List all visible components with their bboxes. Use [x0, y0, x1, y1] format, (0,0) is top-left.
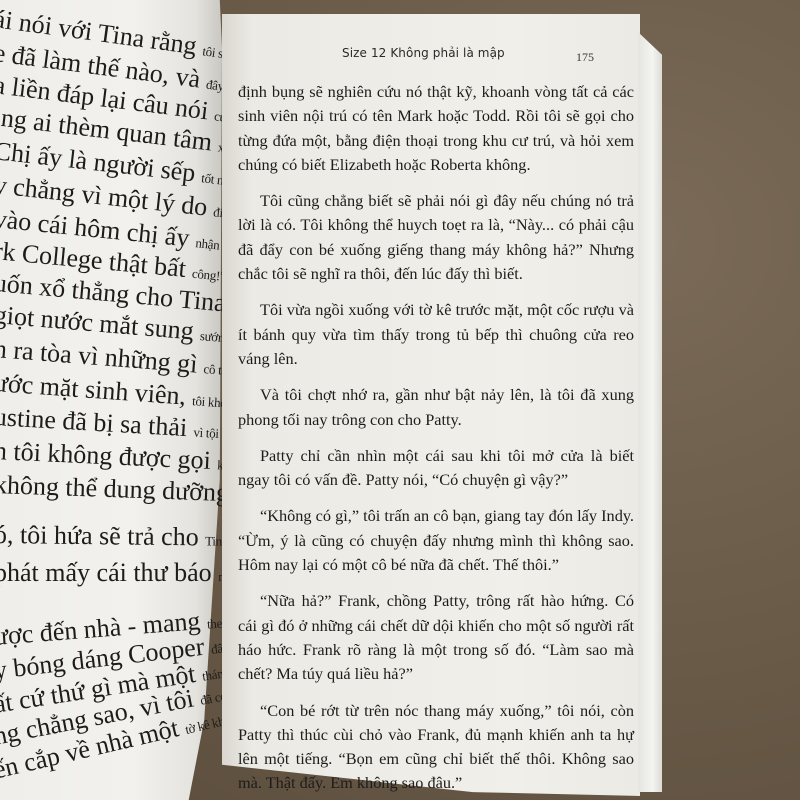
- line-text-compressed: Tina gấp mười lần: [205, 533, 222, 549]
- line-text: không thể dung dưỡng: [0, 470, 222, 507]
- paragraph: định bụng sẽ nghiên cứu nó thật kỹ, khoa…: [238, 80, 634, 177]
- line-text-compressed: công!”: [191, 266, 222, 284]
- line-text-compressed: cô ta đã làm.: [203, 361, 222, 381]
- line-text-compressed: này. Con nhỏ: [218, 569, 222, 584]
- page-block-edge: [638, 32, 662, 792]
- line-text-compressed: tôi không được phép: [192, 393, 222, 415]
- left-page-line: phát mấy cái thư báo này. Con nhỏ: [0, 558, 222, 588]
- left-page-text: ái nói với Tina rằng tôi sinh viên đều p…: [0, 0, 222, 800]
- line-text-compressed: tốt nhất quá đi: [201, 170, 222, 193]
- line-text: phát mấy cái thư báo: [0, 558, 218, 587]
- book-photo: ái nói với Tina rằng tôi sinh viên đều p…: [0, 0, 800, 800]
- left-page-line: không thể dung dưỡng một cảm giác: [0, 470, 222, 511]
- right-page-body: định bụng sẽ nghiên cứu nó thật kỹ, khoa…: [238, 80, 634, 796]
- line-text-compressed: đâu - chắc anh ấy: [210, 632, 222, 657]
- paragraph: Tôi cũng chẳng biết sẽ phải nói gì đây n…: [238, 189, 634, 286]
- paragraph: Và tôi chợt nhớ ra, gần như bật nảy lên,…: [238, 383, 634, 432]
- paragraph: Tôi vừa ngồi xuống với tờ kê trước mặt, …: [238, 298, 634, 371]
- paragraph: Patty chỉ cần nhìn một cái sau khi tôi m…: [238, 444, 634, 493]
- line-text-compressed: vì tội ăn cắp - cũng: [193, 425, 222, 445]
- line-text: ó, tôi hứa sẽ trả cho: [0, 520, 205, 551]
- paragraph: “Không có gì,” tôi trấn an cô bạn, giang…: [238, 504, 634, 577]
- line-text-compressed: khu này là kí túc: [217, 457, 222, 476]
- line-text-compressed: theo sữa - thì đã: [206, 611, 222, 632]
- page-number: 175: [576, 50, 594, 65]
- running-head: Size 12 Không phải là mập: [342, 46, 505, 60]
- line-text-compressed: đích đáng nào cả: [213, 204, 222, 228]
- paragraph: “Nữa hả?” Frank, chồng Patty, trông rất …: [238, 589, 634, 686]
- line-text-compressed: sướng vì chị bị sa: [199, 328, 222, 350]
- line-text-compressed: xem chuyện gì: [217, 139, 222, 162]
- paragraph: “Con bé rớt từ trên nóc thang máy xuống,…: [238, 699, 634, 796]
- left-page-line: ó, tôi hứa sẽ trả cho Tina gấp mười lần: [0, 520, 222, 553]
